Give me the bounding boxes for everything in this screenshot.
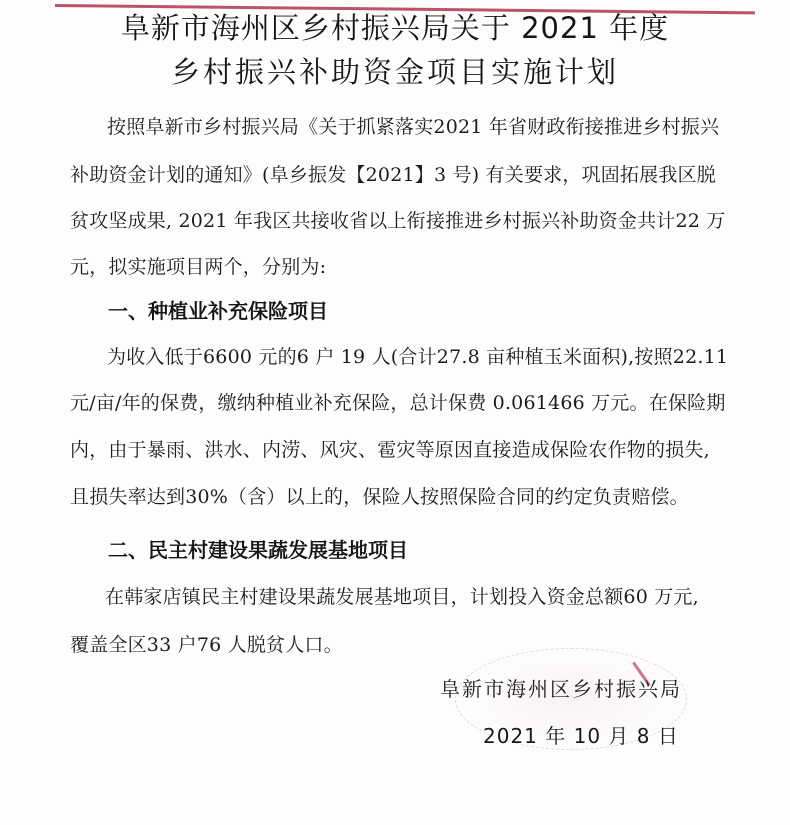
section-2-line-1: 在韩家店镇民主村建设果蔬发展基地项目，计划投入资金总额60 万元, [105,582,699,609]
section-1-line-2: 元/亩/年的保费，缴纳种植业补充保险，总计保费 0.061466 万元。在保险期 [70,388,726,415]
section-1-line-1: 为收入低于6600 元的6 户 19 人(合计27.8 亩种植玉米面积),按照2… [107,342,728,369]
section-1-line-3: 内，由于暴雨、洪水、内涝、风灾、雹灾等原因直接造成保险农作物的损失, [70,435,710,462]
intro-line-2: 补助资金计划的通知》(阜乡振发【2021】3 号) 有关要求，巩固拓展我区脱 [70,160,716,187]
intro-line-4: 元，拟实施项目两个，分别为: [70,252,326,279]
section-heading-1: 一、种植业补充保险项目 [108,295,328,324]
signature-date: 2021 年 10 月 8 日 [483,720,679,749]
signature-organization: 阜新市海州区乡村振兴局 [440,673,682,702]
document-page: 阜新市海州区乡村振兴局关于 2021 年度 乡村振兴补助资金项目实施计划 按照阜… [0,0,790,825]
section-1-line-4: 且损失率达到30%（含）以上的，保险人按照保险合同的约定负责赔偿。 [70,482,689,509]
document-title-line-2: 乡村振兴补助资金项目实施计划 [0,50,790,91]
section-2-line-2: 覆盖全区33 户76 人脱贫人口。 [70,630,343,657]
intro-line-1: 按照阜新市乡村振兴局《关于抓紧落实2021 年省财政衔接推进乡村振兴 [107,112,719,139]
document-title-line-1: 阜新市海州区乡村振兴局关于 2021 年度 [0,6,790,47]
section-heading-2: 二、民主村建设果蔬发展基地项目 [108,534,408,563]
intro-line-3: 贫攻坚成果, 2021 年我区共接收省以上衔接推进乡村振兴补助资金共计22 万 [70,206,726,233]
